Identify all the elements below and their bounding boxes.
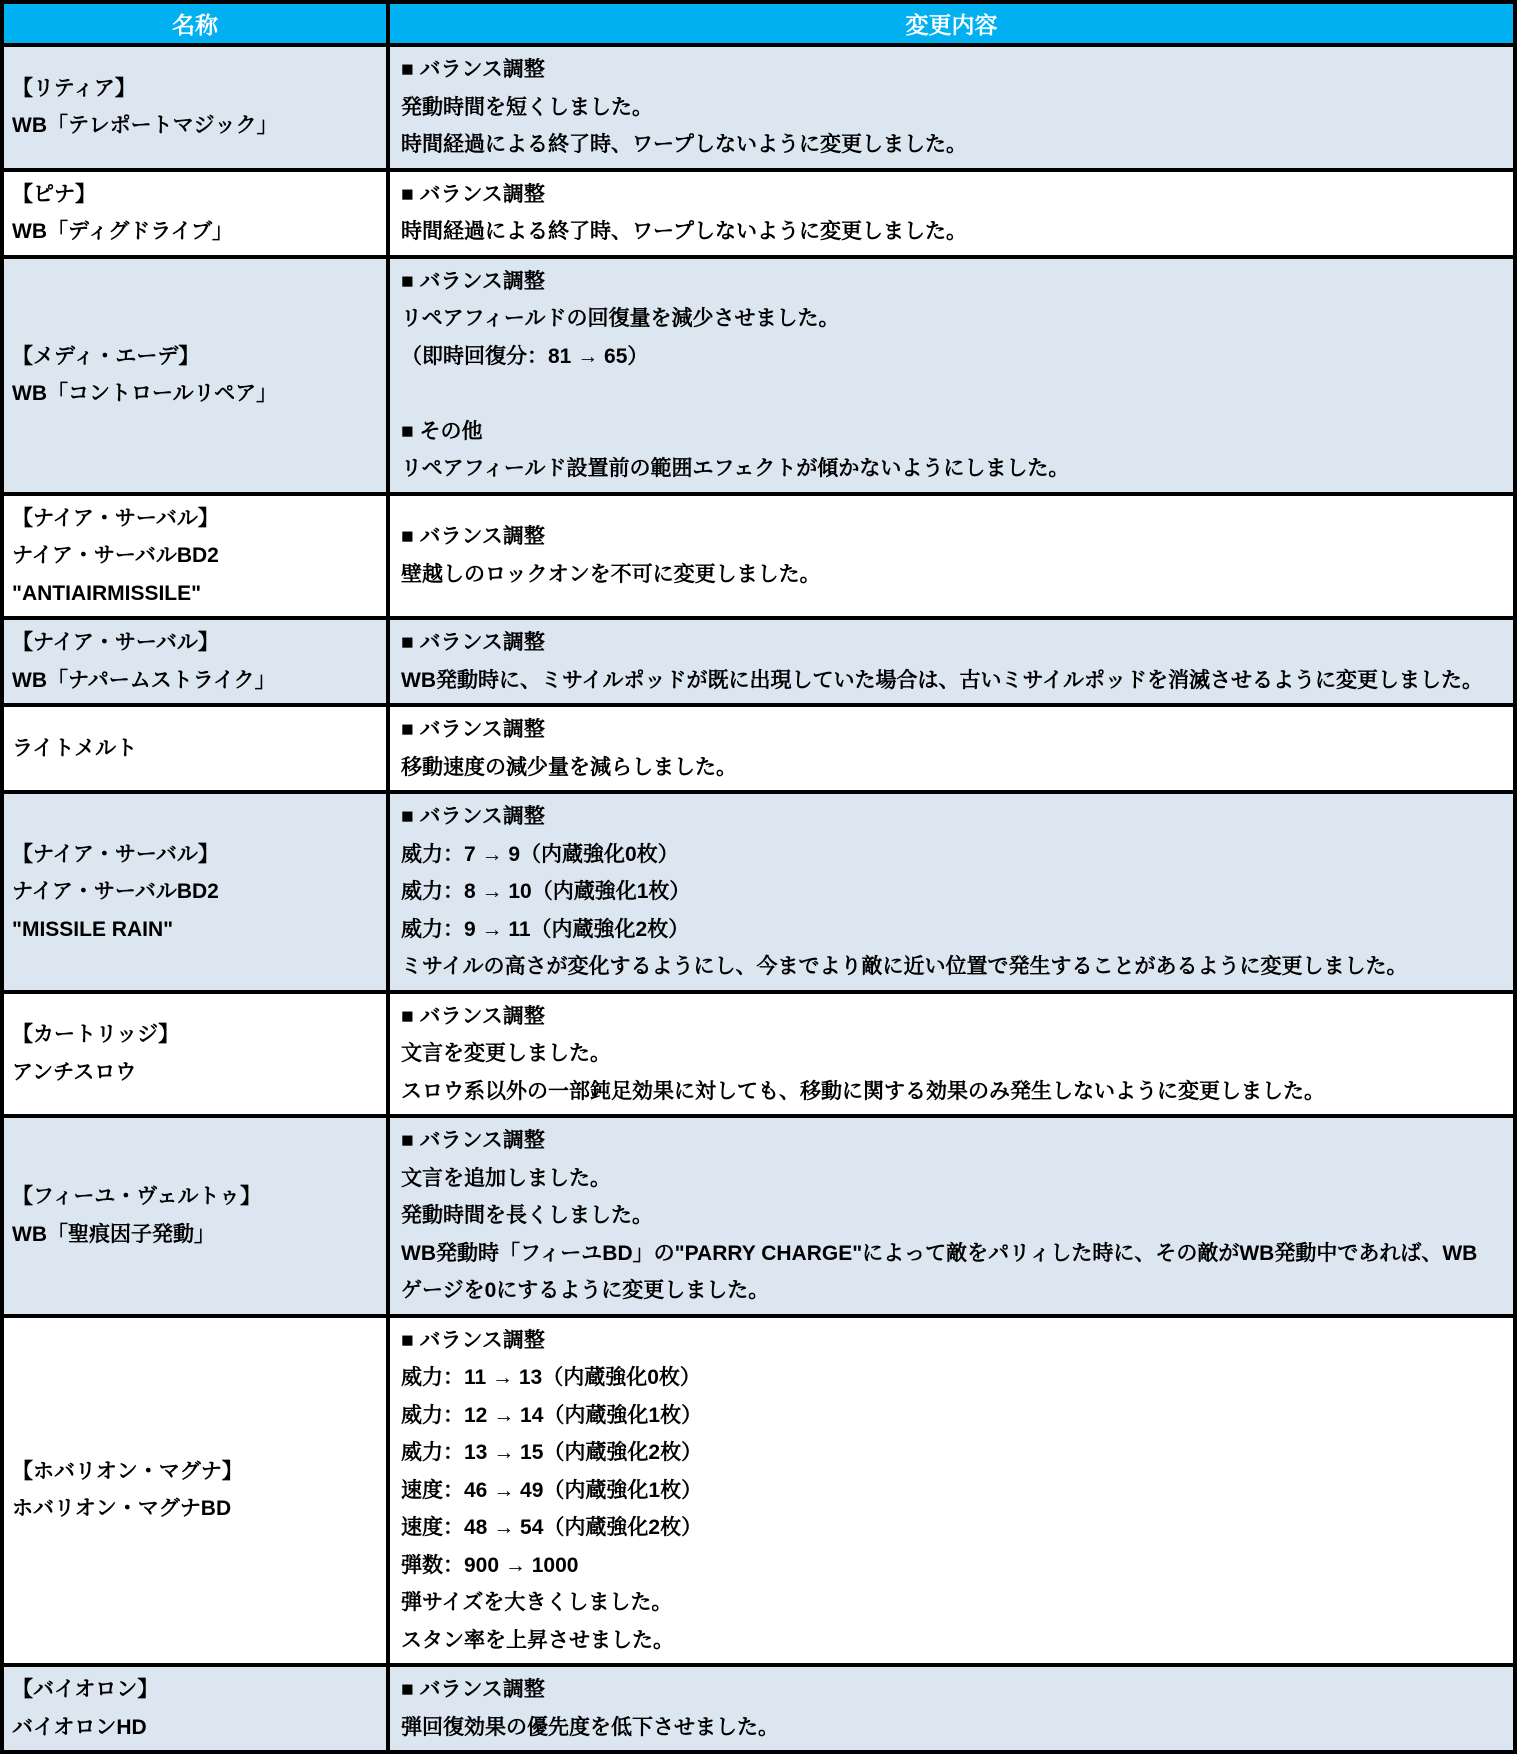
name-cell: 【ナイア・サーバル】ナイア・サーバルBD2"MISSILE RAIN": [2, 792, 388, 992]
table-row: 【ホバリオン・マグナ】ホバリオン・マグナBD■ バランス調整威力：11 → 13…: [2, 1316, 1515, 1666]
changes-cell: ■ バランス調整威力：11 → 13（内蔵強化0枚）威力：12 → 14（内蔵強…: [388, 1316, 1515, 1666]
name-line: アンチスロウ: [12, 1054, 378, 1092]
name-line: WB「コントロールリペア」: [12, 375, 378, 413]
change-line: 発動時間を長くしました。: [401, 1197, 1487, 1235]
name-cell: 【ナイア・サーバル】WB「ナパームストライク」: [2, 618, 388, 705]
name-line: ナイア・サーバルBD2: [12, 873, 378, 911]
name-cell: 【カートリッジ】アンチスロウ: [2, 992, 388, 1117]
table-row: ライトメルト■ バランス調整移動速度の減少量を減らしました。: [2, 705, 1515, 792]
change-line: 文言を変更しました。: [401, 1035, 1487, 1073]
name-line: 【フィーユ・ヴェルトゥ】: [12, 1178, 378, 1216]
name-line: 【ナイア・サーバル】: [12, 500, 378, 538]
name-line: 【ホバリオン・マグナ】: [12, 1453, 378, 1491]
name-line: WB「聖痕因子発動」: [12, 1216, 378, 1254]
change-line: （即時回復分：81 → 65）: [401, 338, 1487, 376]
change-line: 移動速度の減少量を減らしました。: [401, 749, 1487, 787]
changes-cell: ■ バランス調整WB発動時に、ミサイルポッドが既に出現していた場合は、古いミサイ…: [388, 618, 1515, 705]
name-line: バイオロンHD: [12, 1709, 378, 1747]
change-line: ■ バランス調整: [401, 518, 1487, 556]
change-line: 威力：13 → 15（内蔵強化2枚）: [401, 1434, 1487, 1472]
name-cell: 【フィーユ・ヴェルトゥ】WB「聖痕因子発動」: [2, 1116, 388, 1316]
name-line: 【ナイア・サーバル】: [12, 836, 378, 874]
table-row: 【ナイア・サーバル】ナイア・サーバルBD2"MISSILE RAIN"■ バラン…: [2, 792, 1515, 992]
change-line: 威力：12 → 14（内蔵強化1枚）: [401, 1397, 1487, 1435]
change-line: 弾サイズを大きくしました。: [401, 1584, 1487, 1622]
change-line: 弾回復効果の優先度を低下させました。: [401, 1709, 1487, 1747]
name-cell: ライトメルト: [2, 705, 388, 792]
table-row: 【フィーユ・ヴェルトゥ】WB「聖痕因子発動」■ バランス調整文言を追加しました。…: [2, 1116, 1515, 1316]
change-line: ■ バランス調整: [401, 51, 1487, 89]
change-line: スロウ系以外の一部鈍足効果に対しても、移動に関する効果のみ発生しないように変更し…: [401, 1073, 1487, 1111]
changes-cell: ■ バランス調整発動時間を短くしました。時間経過による終了時、ワープしないように…: [388, 45, 1515, 170]
changes-cell: ■ バランス調整威力：7 → 9（内蔵強化0枚）威力：8 → 10（内蔵強化1枚…: [388, 792, 1515, 992]
column-header-changes: 変更内容: [388, 2, 1515, 45]
change-line: 壁越しのロックオンを不可に変更しました。: [401, 556, 1487, 594]
name-line: 【メディ・エーデ】: [12, 338, 378, 376]
name-cell: 【ナイア・サーバル】ナイア・サーバルBD2"ANTIAIRMISSILE": [2, 494, 388, 619]
change-line: ■ バランス調整: [401, 1322, 1487, 1360]
name-line: ナイア・サーバルBD2: [12, 537, 378, 575]
name-line: 【リティア】: [12, 70, 378, 108]
change-line: 威力：9 → 11（内蔵強化2枚）: [401, 911, 1487, 949]
change-line: ■ バランス調整: [401, 798, 1487, 836]
change-line: 発動時間を短くしました。: [401, 89, 1487, 127]
change-line: 弾数：900 → 1000: [401, 1547, 1487, 1585]
name-line: WB「ナパームストライク」: [12, 662, 378, 700]
change-line: ■ バランス調整: [401, 263, 1487, 301]
changes-cell: ■ バランス調整弾回復効果の優先度を低下させました。: [388, 1665, 1515, 1752]
name-cell: 【ピナ】WB「ディグドライブ」: [2, 170, 388, 257]
changes-cell: ■ バランス調整文言を追加しました。発動時間を長くしました。WB発動時「フィーユ…: [388, 1116, 1515, 1316]
table-row: 【メディ・エーデ】WB「コントロールリペア」■ バランス調整リペアフィールドの回…: [2, 257, 1515, 494]
column-header-name: 名称: [2, 2, 388, 45]
table-row: 【バイオロン】バイオロンHD■ バランス調整弾回復効果の優先度を低下させました。: [2, 1665, 1515, 1752]
changes-cell: ■ バランス調整リペアフィールドの回復量を減少させました。（即時回復分：81 →…: [388, 257, 1515, 494]
name-line: 【ピナ】: [12, 176, 378, 214]
header-row: 名称 変更内容: [2, 2, 1515, 45]
change-line: 威力：8 → 10（内蔵強化1枚）: [401, 873, 1487, 911]
change-line: 時間経過による終了時、ワープしないように変更しました。: [401, 213, 1487, 251]
change-line: リペアフィールド設置前の範囲エフェクトが傾かないようにしました。: [401, 450, 1487, 488]
name-line: 【ナイア・サーバル】: [12, 624, 378, 662]
patch-notes-page: 名称 変更内容 【リティア】WB「テレポートマジック」■ バランス調整発動時間を…: [0, 0, 1517, 1754]
changes-cell: ■ バランス調整壁越しのロックオンを不可に変更しました。: [388, 494, 1515, 619]
change-line: 威力：7 → 9（内蔵強化0枚）: [401, 836, 1487, 874]
change-line: 威力：11 → 13（内蔵強化0枚）: [401, 1359, 1487, 1397]
table-row: 【ピナ】WB「ディグドライブ」■ バランス調整時間経過による終了時、ワープしない…: [2, 170, 1515, 257]
patch-notes-table: 名称 変更内容 【リティア】WB「テレポートマジック」■ バランス調整発動時間を…: [0, 0, 1517, 1754]
name-line: 【バイオロン】: [12, 1671, 378, 1709]
change-line: ■ バランス調整: [401, 1671, 1487, 1709]
change-line: ■ バランス調整: [401, 711, 1487, 749]
table-row: 【カートリッジ】アンチスロウ■ バランス調整文言を変更しました。スロウ系以外の一…: [2, 992, 1515, 1117]
name-line: WB「テレポートマジック」: [12, 107, 378, 145]
name-line: "ANTIAIRMISSILE": [12, 575, 378, 613]
change-line: 速度：48 → 54（内蔵強化2枚）: [401, 1509, 1487, 1547]
change-line: ■ バランス調整: [401, 176, 1487, 214]
change-line: 文言を追加しました。: [401, 1160, 1487, 1198]
change-line: [401, 375, 1487, 413]
table-body: 【リティア】WB「テレポートマジック」■ バランス調整発動時間を短くしました。時…: [2, 45, 1515, 1752]
change-line: ■ バランス調整: [401, 998, 1487, 1036]
name-line: "MISSILE RAIN": [12, 911, 378, 949]
table-row: 【リティア】WB「テレポートマジック」■ バランス調整発動時間を短くしました。時…: [2, 45, 1515, 170]
change-line: スタン率を上昇させました。: [401, 1622, 1487, 1660]
change-line: WB発動時に、ミサイルポッドが既に出現していた場合は、古いミサイルポッドを消滅さ…: [401, 662, 1487, 700]
name-cell: 【バイオロン】バイオロンHD: [2, 1665, 388, 1752]
name-cell: 【メディ・エーデ】WB「コントロールリペア」: [2, 257, 388, 494]
change-line: WB発動時「フィーユBD」の"PARRY CHARGE"によって敵をパリィした時…: [401, 1235, 1487, 1310]
table-row: 【ナイア・サーバル】WB「ナパームストライク」■ バランス調整WB発動時に、ミサ…: [2, 618, 1515, 705]
change-line: ミサイルの高さが変化するようにし、今までより敵に近い位置で発生することがあるよう…: [401, 948, 1487, 986]
change-line: ■ バランス調整: [401, 1122, 1487, 1160]
change-line: ■ その他: [401, 413, 1487, 451]
changes-cell: ■ バランス調整時間経過による終了時、ワープしないように変更しました。: [388, 170, 1515, 257]
name-line: 【カートリッジ】: [12, 1016, 378, 1054]
name-cell: 【ホバリオン・マグナ】ホバリオン・マグナBD: [2, 1316, 388, 1666]
change-line: リペアフィールドの回復量を減少させました。: [401, 300, 1487, 338]
name-line: ライトメルト: [12, 730, 378, 768]
change-line: 時間経過による終了時、ワープしないように変更しました。: [401, 126, 1487, 164]
table-header: 名称 変更内容: [2, 2, 1515, 45]
change-line: 速度：46 → 49（内蔵強化1枚）: [401, 1472, 1487, 1510]
name-line: ホバリオン・マグナBD: [12, 1490, 378, 1528]
table-row: 【ナイア・サーバル】ナイア・サーバルBD2"ANTIAIRMISSILE"■ バ…: [2, 494, 1515, 619]
change-line: ■ バランス調整: [401, 624, 1487, 662]
name-line: WB「ディグドライブ」: [12, 213, 378, 251]
name-cell: 【リティア】WB「テレポートマジック」: [2, 45, 388, 170]
changes-cell: ■ バランス調整文言を変更しました。スロウ系以外の一部鈍足効果に対しても、移動に…: [388, 992, 1515, 1117]
changes-cell: ■ バランス調整移動速度の減少量を減らしました。: [388, 705, 1515, 792]
